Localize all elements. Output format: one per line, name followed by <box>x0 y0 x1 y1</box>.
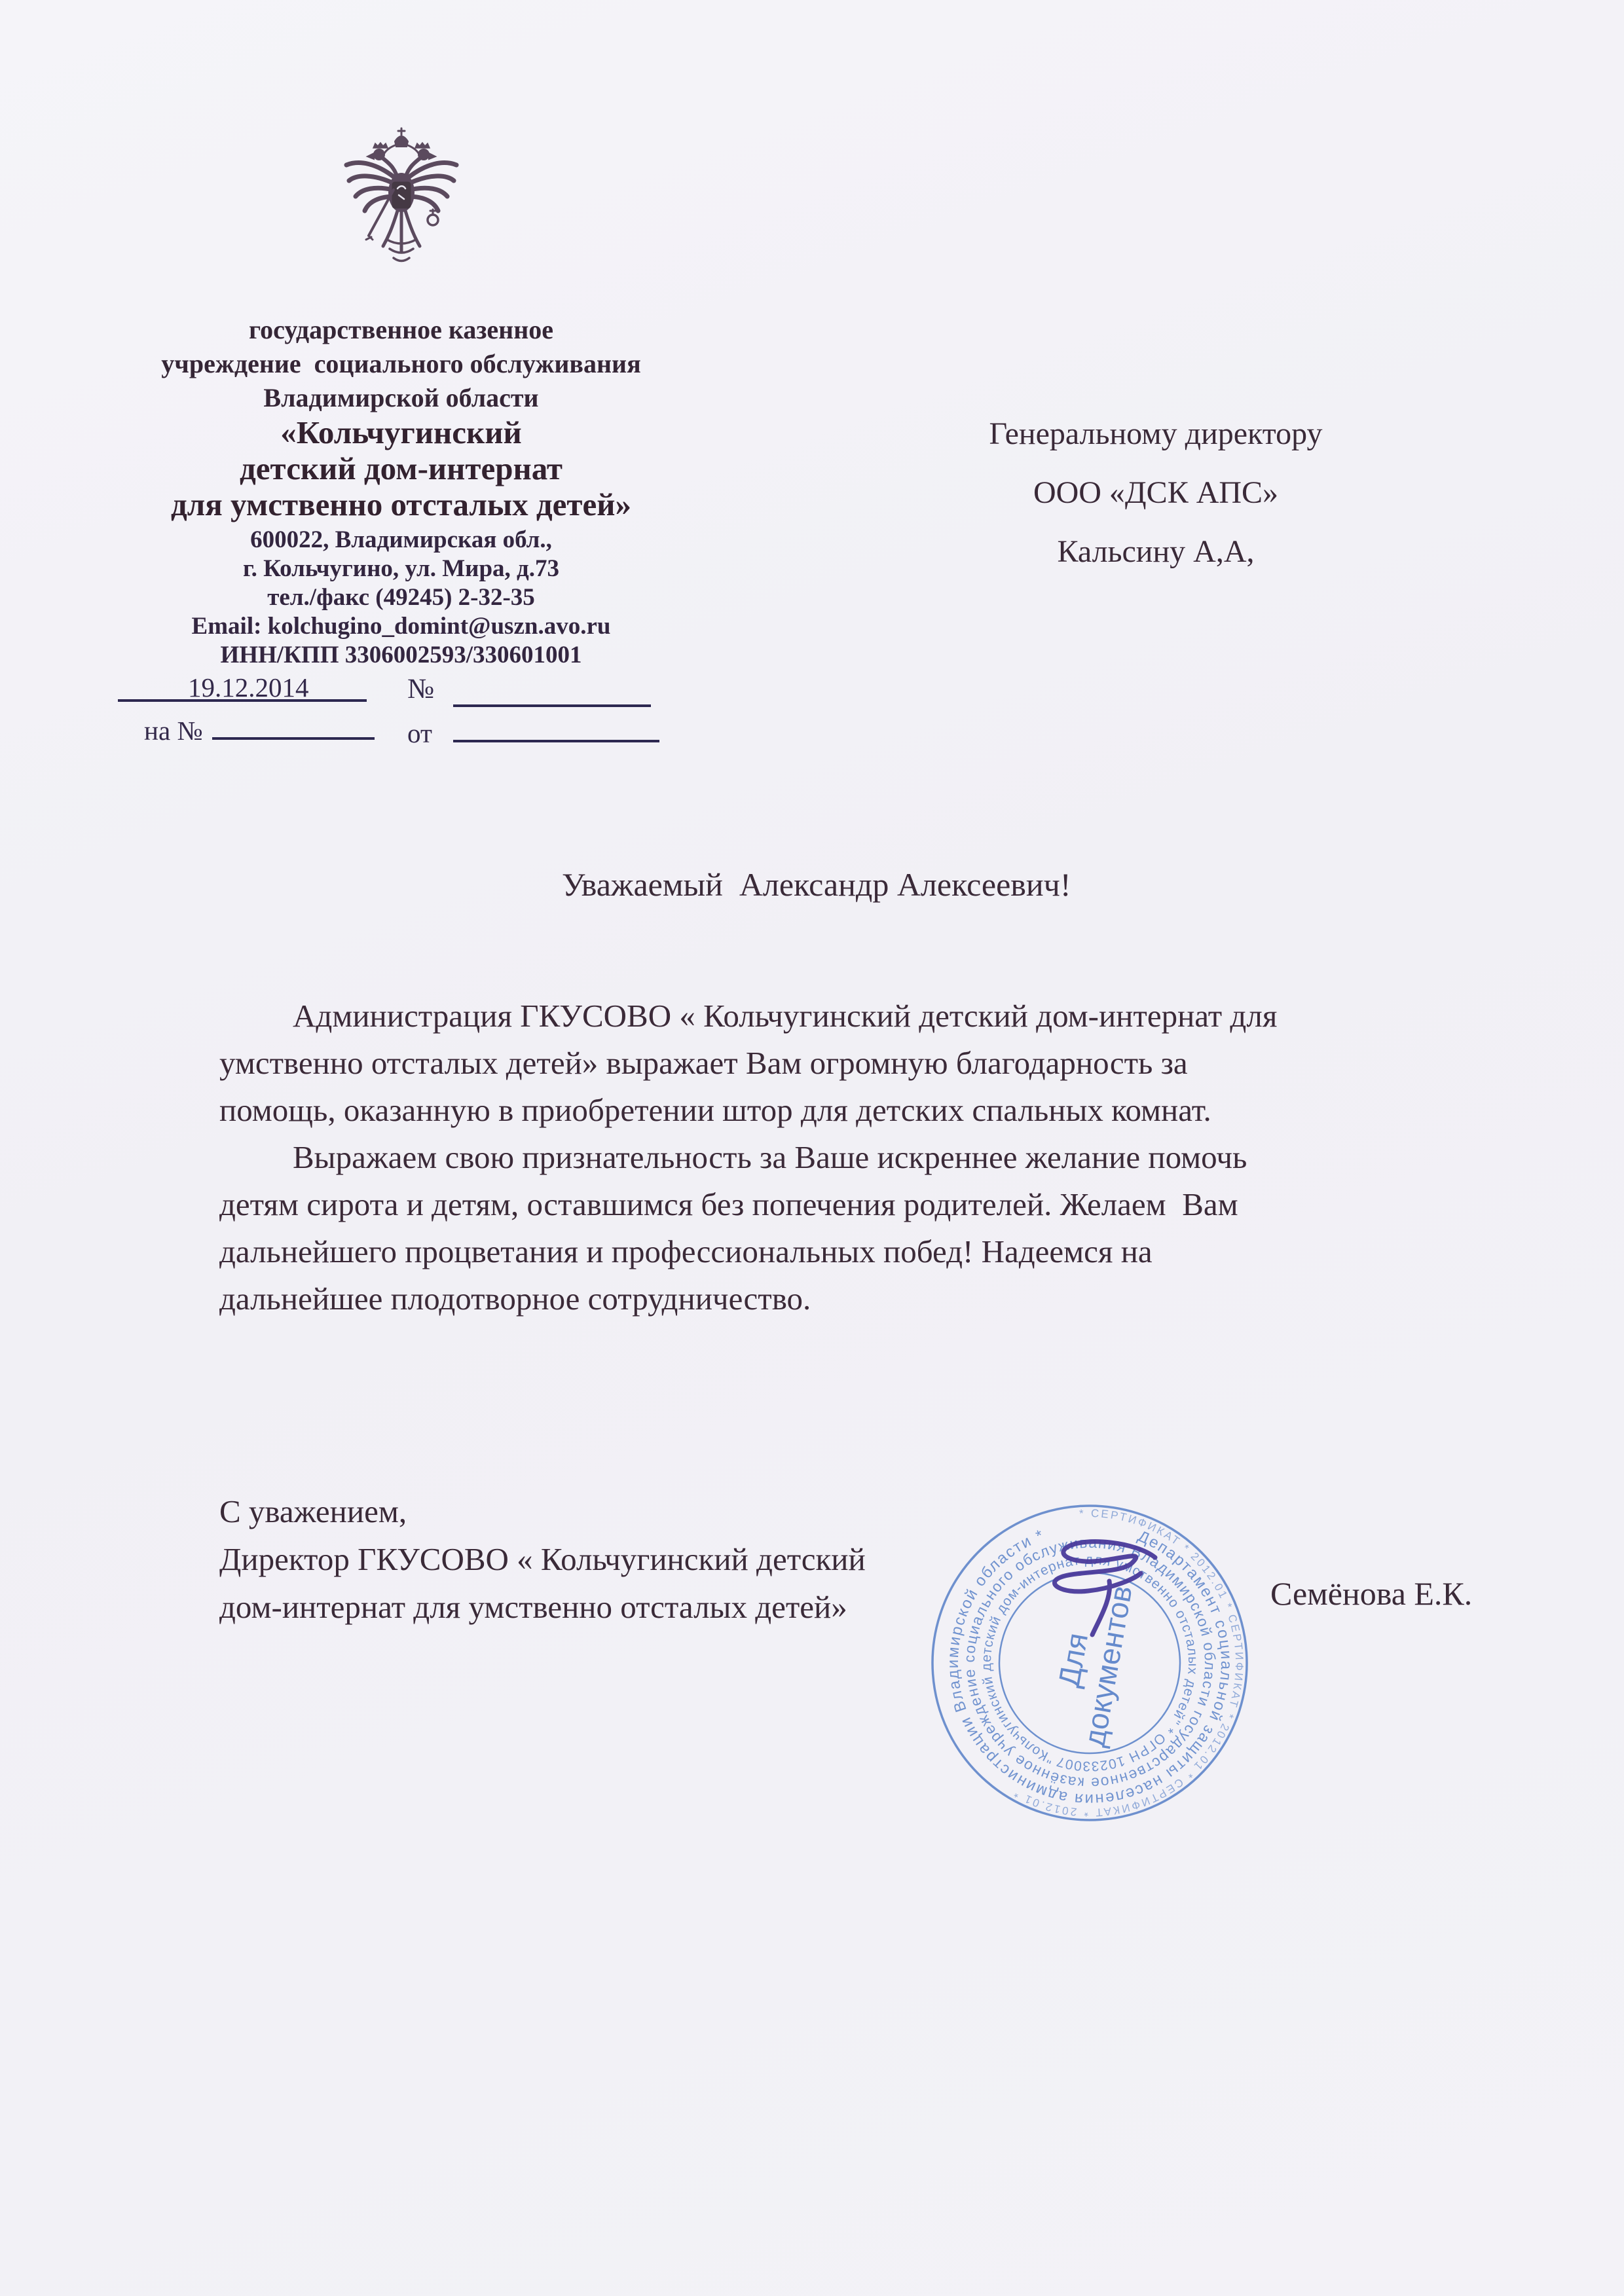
body-line: помощь, оказанную в приобретении штор дл… <box>219 1087 1496 1134</box>
phone-line: тел./факс (49245) 2-32-35 <box>108 583 694 612</box>
closing-salutation: С уважением, <box>219 1487 866 1535</box>
handwritten-signature <box>1001 1535 1171 1647</box>
body-line: детям сирота и детям, оставшимся без поп… <box>219 1181 1496 1228</box>
reply-number-underline <box>212 737 375 740</box>
reply-number-label: на № <box>144 715 203 746</box>
org-name-line: «Кольчугинский <box>108 414 694 450</box>
body-line: дальнейшего процветания и профессиональн… <box>219 1228 1496 1275</box>
address-line: 600022, Владимирская обл., <box>108 526 694 555</box>
scanned-letter-page: государственное казенное учреждение соци… <box>0 0 1624 2296</box>
email-line: Email: kolchugino_domint@uszn.avo.ru <box>108 612 694 641</box>
closing-block: С уважением, Директор ГКУСОВО « Кольчуги… <box>219 1487 866 1631</box>
coat-of-arms-eagle-icon <box>337 124 466 275</box>
inn-kpp-line: ИНН/КПП 3306002593/330601001 <box>108 641 694 670</box>
from-date-label: от <box>407 718 432 749</box>
body-line: умственно отсталых детей» выражает Вам о… <box>219 1040 1496 1087</box>
body-line: Выражаем свою признательность за Ваше ис… <box>219 1134 1496 1181</box>
recipient-title: Генеральному директору <box>943 405 1369 464</box>
greeting-line: Уважаемый Александр Алексеевич! <box>562 866 1071 903</box>
body-line: Администрация ГКУСОВО « Кольчугинский де… <box>219 993 1496 1040</box>
letter-body: Администрация ГКУСОВО « Кольчугинский де… <box>219 993 1496 1322</box>
recipient-company: ООО «ДСК АПС» <box>943 464 1369 522</box>
letterhead-org-name: «Кольчугинский детский дом-интернат для … <box>108 414 694 522</box>
signer-title-line: Директор ГКУСОВО « Кольчугинский детский <box>219 1535 866 1583</box>
recipient-block: Генеральному директору ООО «ДСК АПС» Кал… <box>943 405 1369 581</box>
from-date-underline <box>453 740 659 742</box>
signer-title-line: дом-интернат для умственно отсталых дете… <box>219 1583 866 1631</box>
org-name-line: для умственно отсталых детей» <box>108 486 694 522</box>
address-line: г. Кольчугино, ул. Мира, д.73 <box>108 555 694 583</box>
letterhead-org-type: государственное казенное учреждение соци… <box>108 313 694 415</box>
recipient-person: Кальсину А,А, <box>943 522 1369 581</box>
letterhead-line: учреждение социального обслуживания <box>108 347 694 381</box>
number-underline <box>453 704 651 707</box>
number-label: № <box>407 673 434 705</box>
body-line: дальнейшее плодотворное сотрудничество. <box>219 1275 1496 1322</box>
letterhead-line: государственное казенное <box>108 313 694 347</box>
signer-name: Семёнова Е.К. <box>1270 1575 1472 1613</box>
org-name-line: детский дом-интернат <box>108 450 694 486</box>
letterhead-line: Владимирской области <box>108 381 694 415</box>
letter-date: 19.12.2014 <box>188 672 309 703</box>
letterhead-contacts: 600022, Владимирская обл., г. Кольчугино… <box>108 526 694 670</box>
date-underline <box>118 699 367 702</box>
